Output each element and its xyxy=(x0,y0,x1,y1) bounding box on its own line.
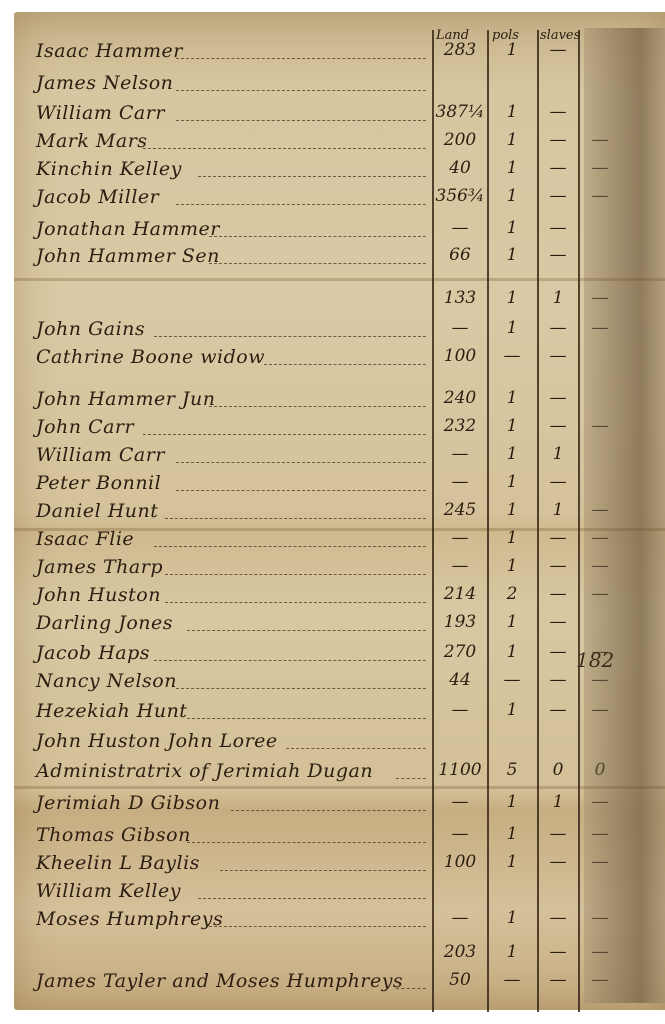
cell-poll: 1 xyxy=(488,942,536,962)
cell-land: 44 xyxy=(434,670,486,690)
cell-slaves: — xyxy=(538,852,578,872)
taxpayer-name: Isaac Hammer xyxy=(36,40,183,62)
cell-slaves: — xyxy=(538,130,578,150)
cell-slaves: — xyxy=(538,472,578,492)
taxpayer-name: John Hammer Sen xyxy=(36,245,220,267)
cell-land: 283 xyxy=(434,40,486,60)
taxpayer-name: Jacob Haps xyxy=(36,642,150,664)
ledger-row: John Hammer Sen661— xyxy=(0,245,665,273)
leader-dashes xyxy=(154,336,426,337)
ledger-row: John Huston2142—— xyxy=(0,584,665,612)
taxpayer-name: Nancy Nelson xyxy=(36,670,177,692)
cell-poll: 1 xyxy=(488,528,536,548)
taxpayer-name: Kheelin L Baylis xyxy=(36,852,200,874)
cell-slaves: 1 xyxy=(538,444,578,464)
taxpayer-name: Administratrix of Jerimiah Dugan xyxy=(36,760,373,782)
leader-dashes xyxy=(231,810,426,811)
ledger-row: James Tayler and Moses Humphreys50——— xyxy=(0,970,665,998)
cell-land: 40 xyxy=(434,158,486,178)
ledger-row: James Nelson xyxy=(0,72,665,100)
ledger-row: 2031—— xyxy=(0,942,665,970)
leader-dashes xyxy=(143,148,426,149)
leader-dashes xyxy=(209,926,426,927)
cell-poll: 1 xyxy=(488,612,536,632)
cell-poll: 1 xyxy=(488,792,536,812)
cell-slaves: — xyxy=(538,388,578,408)
cell-poll: — xyxy=(488,670,536,690)
margin-note: 182 xyxy=(576,648,614,672)
cell-poll: 1 xyxy=(488,824,536,844)
cell-poll: 1 xyxy=(488,556,536,576)
cell-slaves: — xyxy=(538,908,578,928)
leader-dashes xyxy=(220,870,426,871)
taxpayer-name: James Tharp xyxy=(36,556,163,578)
cell-slaves: — xyxy=(538,670,578,690)
cell-slaves: — xyxy=(538,970,578,990)
cell-land: 100 xyxy=(434,346,486,366)
cell-extra: — xyxy=(580,528,620,548)
cell-land: 356¾ xyxy=(434,186,486,206)
taxpayer-name: Jerimiah D Gibson xyxy=(36,792,220,814)
cell-extra: — xyxy=(580,852,620,872)
cell-extra: — xyxy=(580,186,620,206)
cell-slaves: 0 xyxy=(538,760,578,780)
cell-land: 387¼ xyxy=(434,102,486,122)
cell-extra: — xyxy=(580,318,620,338)
cell-poll: 1 xyxy=(488,472,536,492)
cell-land: — xyxy=(434,444,486,464)
cell-poll: 1 xyxy=(488,218,536,238)
taxpayer-name: Hezekiah Hunt xyxy=(36,700,187,722)
ledger-row: William Carr387¼1— xyxy=(0,102,665,130)
cell-slaves: — xyxy=(538,700,578,720)
cell-slaves: — xyxy=(538,346,578,366)
cell-slaves: 1 xyxy=(538,500,578,520)
cell-land: 200 xyxy=(434,130,486,150)
leader-dashes xyxy=(209,406,426,407)
cell-land: — xyxy=(434,472,486,492)
cell-poll: 1 xyxy=(488,158,536,178)
taxpayer-name: John Huston xyxy=(36,584,161,606)
cell-land: 193 xyxy=(434,612,486,632)
leader-dashes xyxy=(209,236,426,237)
cell-extra: — xyxy=(580,416,620,436)
cell-poll: 1 xyxy=(488,700,536,720)
leader-dashes xyxy=(154,660,426,661)
cell-poll: — xyxy=(488,970,536,990)
cell-land: 214 xyxy=(434,584,486,604)
taxpayer-name: Darling Jones xyxy=(36,612,173,634)
ledger-row: Mark Mars2001—— xyxy=(0,130,665,158)
cell-land: — xyxy=(434,908,486,928)
taxpayer-name: John Carr xyxy=(36,416,134,438)
cell-poll: 1 xyxy=(488,130,536,150)
cell-slaves: — xyxy=(538,245,578,265)
taxpayer-name: Peter Bonnil xyxy=(36,472,161,494)
cell-slaves: — xyxy=(538,612,578,632)
leader-dashes xyxy=(396,778,426,779)
cell-extra: — xyxy=(580,700,620,720)
ledger-row: Jacob Haps2701—— xyxy=(0,642,665,670)
leader-dashes xyxy=(198,176,426,177)
ledger-row: Kheelin L Baylis1001—— xyxy=(0,852,665,880)
ledger-row: Jonathan Hammer—1— xyxy=(0,218,665,246)
cell-land: 270 xyxy=(434,642,486,662)
cell-extra: — xyxy=(580,158,620,178)
taxpayer-name: Isaac Flie xyxy=(36,528,134,550)
taxpayer-name: William Carr xyxy=(36,444,165,466)
leader-dashes xyxy=(286,748,426,749)
leader-dashes xyxy=(187,630,426,631)
leader-dashes xyxy=(187,842,426,843)
cell-land: — xyxy=(434,700,486,720)
cell-slaves: — xyxy=(538,416,578,436)
ledger-row: Darling Jones1931— xyxy=(0,612,665,640)
cell-poll: 2 xyxy=(488,584,536,604)
cell-extra: — xyxy=(580,500,620,520)
ledger-row: Jerimiah D Gibson—11— xyxy=(0,792,665,820)
cell-slaves: — xyxy=(538,824,578,844)
cell-slaves: — xyxy=(538,528,578,548)
cell-poll: 1 xyxy=(488,908,536,928)
cell-extra: — xyxy=(580,556,620,576)
leader-dashes xyxy=(187,718,426,719)
leader-dashes xyxy=(176,120,426,121)
taxpayer-name: John Gains xyxy=(36,318,145,340)
cell-slaves: — xyxy=(538,186,578,206)
ledger-row: John Huston John Loree xyxy=(0,730,665,758)
cell-slaves: — xyxy=(538,584,578,604)
leader-dashes xyxy=(176,490,426,491)
cell-slaves: 1 xyxy=(538,792,578,812)
leader-dashes xyxy=(198,898,426,899)
ledger-row: Moses Humphreys—1—— xyxy=(0,908,665,936)
taxpayer-name: Mark Mars xyxy=(36,130,148,152)
cell-land: — xyxy=(434,556,486,576)
cell-slaves: — xyxy=(538,942,578,962)
ledger-row: Nancy Nelson44——— xyxy=(0,670,665,698)
ledger-row: James Tharp—1—— xyxy=(0,556,665,584)
cell-extra: — xyxy=(580,584,620,604)
leader-dashes xyxy=(176,688,426,689)
ledger-row: 13311— xyxy=(0,288,665,316)
leader-dashes xyxy=(176,462,426,463)
ledger-row: Isaac Flie—1—— xyxy=(0,528,665,556)
taxpayer-name: Thomas Gibson xyxy=(36,824,191,846)
cell-land: 240 xyxy=(434,388,486,408)
taxpayer-name: Moses Humphreys xyxy=(36,908,223,930)
cell-land: 232 xyxy=(434,416,486,436)
taxpayer-name: William Carr xyxy=(36,102,165,124)
taxpayer-name: John Hammer Jun xyxy=(36,388,215,410)
taxpayer-name: Kinchin Kelley xyxy=(36,158,182,180)
cell-land: — xyxy=(434,528,486,548)
ledger-row: Daniel Hunt24511— xyxy=(0,500,665,528)
cell-land: — xyxy=(434,792,486,812)
leader-dashes xyxy=(143,434,426,435)
cell-extra: — xyxy=(580,670,620,690)
cell-poll: 1 xyxy=(488,642,536,662)
cell-poll: 1 xyxy=(488,245,536,265)
cell-extra: — xyxy=(580,288,620,308)
leader-dashes xyxy=(396,988,426,989)
cell-slaves: — xyxy=(538,158,578,178)
taxpayer-name: John Huston John Loree xyxy=(36,730,278,752)
cell-slaves: — xyxy=(538,642,578,662)
ledger-row: Jacob Miller356¾1—— xyxy=(0,186,665,214)
ledger-row: John Carr2321—— xyxy=(0,416,665,444)
ledger-row: Peter Bonnil—1— xyxy=(0,472,665,500)
ledger-row: Cathrine Boone widow100—— xyxy=(0,346,665,374)
cell-poll: 1 xyxy=(488,318,536,338)
taxpayer-name: William Kelley xyxy=(36,880,181,902)
leader-dashes xyxy=(165,518,426,519)
cell-land: 203 xyxy=(434,942,486,962)
cell-land: 66 xyxy=(434,245,486,265)
ledger-row: Kinchin Kelley401—— xyxy=(0,158,665,186)
cell-poll: 1 xyxy=(488,288,536,308)
cell-poll: 1 xyxy=(488,852,536,872)
leader-dashes xyxy=(176,58,426,59)
taxpayer-name: Cathrine Boone widow xyxy=(36,346,265,368)
taxpayer-name: Jacob Miller xyxy=(36,186,159,208)
cell-extra: — xyxy=(580,130,620,150)
cell-land: — xyxy=(434,218,486,238)
cell-extra: — xyxy=(580,792,620,812)
fold-line xyxy=(14,278,665,281)
cell-extra: 0 xyxy=(580,760,620,780)
ledger-row: Isaac Hammer2831— xyxy=(0,40,665,68)
cell-poll: 1 xyxy=(488,40,536,60)
cell-poll: 1 xyxy=(488,186,536,206)
cell-land: — xyxy=(434,318,486,338)
taxpayer-name: James Tayler and Moses Humphreys xyxy=(36,970,403,992)
leader-dashes xyxy=(165,602,426,603)
cell-land: 1100 xyxy=(434,760,486,780)
cell-extra: — xyxy=(580,970,620,990)
ledger-row: Thomas Gibson—1—— xyxy=(0,824,665,852)
cell-poll: 1 xyxy=(488,102,536,122)
cell-poll: 1 xyxy=(488,388,536,408)
cell-slaves: — xyxy=(538,318,578,338)
cell-land: 245 xyxy=(434,500,486,520)
taxpayer-name: James Nelson xyxy=(36,72,173,94)
cell-poll: 1 xyxy=(488,416,536,436)
cell-slaves: — xyxy=(538,102,578,122)
leader-dashes xyxy=(209,263,426,264)
ledger-row: Administratrix of Jerimiah Dugan1100500 xyxy=(0,760,665,788)
ledger-row: Hezekiah Hunt—1—— xyxy=(0,700,665,728)
leader-dashes xyxy=(176,90,426,91)
cell-slaves: — xyxy=(538,556,578,576)
cell-extra: — xyxy=(580,824,620,844)
cell-land: 100 xyxy=(434,852,486,872)
taxpayer-name: Jonathan Hammer xyxy=(36,218,220,240)
leader-dashes xyxy=(165,574,426,575)
cell-slaves: — xyxy=(538,40,578,60)
cell-extra: — xyxy=(580,908,620,928)
leader-dashes xyxy=(176,204,426,205)
ledger-row: John Hammer Jun2401— xyxy=(0,388,665,416)
cell-extra: — xyxy=(580,942,620,962)
cell-land: 50 xyxy=(434,970,486,990)
ledger-row: William Carr—11 xyxy=(0,444,665,472)
cell-poll: 1 xyxy=(488,444,536,464)
leader-dashes xyxy=(154,546,426,547)
cell-slaves: 1 xyxy=(538,288,578,308)
taxpayer-name: Daniel Hunt xyxy=(36,500,158,522)
leader-dashes xyxy=(264,364,426,365)
cell-poll: 1 xyxy=(488,500,536,520)
cell-poll: — xyxy=(488,346,536,366)
cell-poll: 5 xyxy=(488,760,536,780)
cell-slaves: — xyxy=(538,218,578,238)
cell-land: 133 xyxy=(434,288,486,308)
ledger-row: William Kelley xyxy=(0,880,665,908)
cell-land: — xyxy=(434,824,486,844)
ledger-row: John Gains—1—— xyxy=(0,318,665,346)
